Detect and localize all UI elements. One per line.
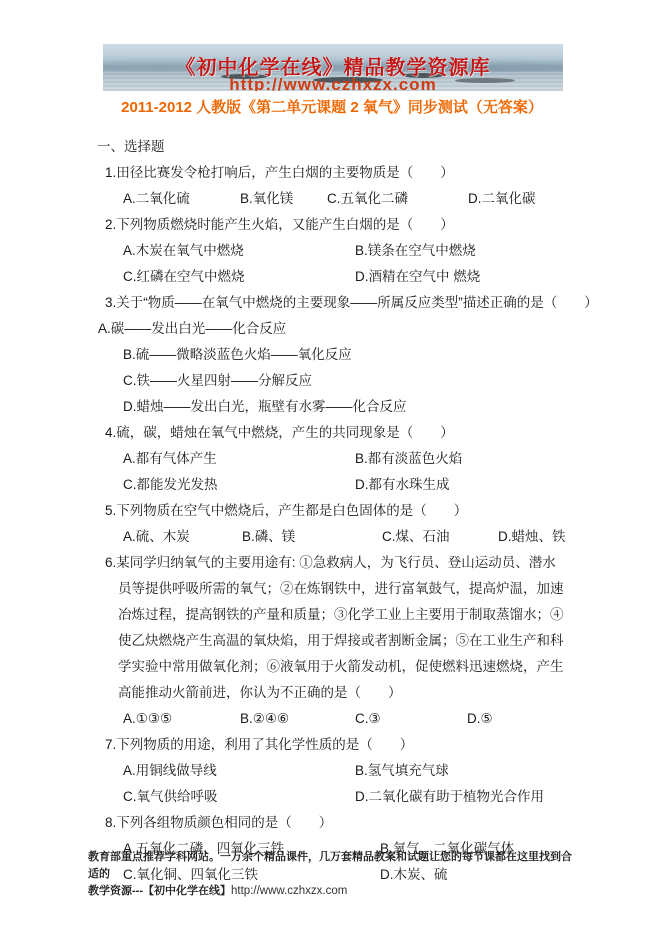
option-3c: C.铁——火星四射——分解反应 <box>97 368 569 394</box>
question-4-stem: 4.硫，碳，蜡烛在氧气中燃烧，产生的共同现象是（ ） <box>97 420 569 446</box>
option-3d: D.蜡烛——发出白光，瓶壁有水雾——化合反应 <box>97 394 569 420</box>
option-4b: B.都有淡蓝色火焰 <box>355 446 569 472</box>
option-2b: B.镁条在空气中燃烧 <box>355 238 569 264</box>
question-1-stem: 1.田径比赛发令枪打响后，产生白烟的主要物质是（ ） <box>97 160 569 186</box>
footer-note: 教育部重点推荐学科网站。一万余个精品课件，几万套精品教案和试题让您的每节课都在这… <box>88 849 576 900</box>
option-3b: B.硫——微略淡蓝色火焰——氧化反应 <box>97 342 569 368</box>
question-7-stem: 7.下列物质的用途，利用了其化学性质的是（ ） <box>97 732 569 758</box>
document-page: 《初中化学在线》精品教学资源库 http://www.czhxzx.com 20… <box>0 0 661 935</box>
question-2-options-row2: C.红磷在空气中燃烧 D.酒精在空气中 燃烧 <box>97 264 569 290</box>
banner-site-url: http://www.czhxzx.com <box>103 75 563 91</box>
option-1b: B.氧化镁 <box>240 186 327 212</box>
option-7c: C.氧气供给呼吸 <box>123 784 355 810</box>
question-1-options: A.二氧化硫 B.氧化镁 C.五氧化二磷 D.二氧化碳 <box>97 186 569 212</box>
option-4c: C.都能发光发热 <box>123 472 355 498</box>
site-banner-image: 《初中化学在线》精品教学资源库 http://www.czhxzx.com <box>103 44 563 91</box>
option-5d: D.蜡烛、铁 <box>498 524 569 550</box>
option-1d: D.二氧化碳 <box>468 186 569 212</box>
option-4a: A.都有气体产生 <box>123 446 355 472</box>
footer-line1: 教育部重点推荐学科网站。一万余个精品课件，几万套精品教案和试题让您的每节课都在这… <box>88 851 572 880</box>
footer-line2-text: 教学资源---【初中化学在线】 <box>88 885 231 897</box>
question-4-options-row1: A.都有气体产生 B.都有淡蓝色火焰 <box>97 446 569 472</box>
question-7-options-row1: A.用铜线做导线 B.氢气填充气球 <box>97 758 569 784</box>
option-1a: A.二氧化硫 <box>123 186 240 212</box>
option-2a: A.木炭在氧气中燃烧 <box>123 238 355 264</box>
question-4-options-row2: C.都能发光发热 D.都有水珠生成 <box>97 472 569 498</box>
question-5-options: A.硫、木炭 B.磷、镁 C.煤、石油 D.蜡烛、铁 <box>97 524 569 550</box>
question-8-stem: 8.下列各组物质颜色相同的是（ ） <box>97 810 569 836</box>
option-7a: A.用铜线做导线 <box>123 758 355 784</box>
option-5c: C.煤、石油 <box>382 524 498 550</box>
question-2-stem: 2.下列物质燃烧时能产生火焰，又能产生白烟的是（ ） <box>97 212 569 238</box>
option-5a: A.硫、木炭 <box>123 524 242 550</box>
option-5b: B.磷、镁 <box>242 524 382 550</box>
question-5-stem: 5.下列物质在空气中燃烧后，产生都是白色固体的是（ ） <box>97 498 569 524</box>
option-4d: D.都有水珠生成 <box>355 472 569 498</box>
document-body: 一、选择题 1.田径比赛发令枪打响后，产生白烟的主要物质是（ ） A.二氧化硫 … <box>97 134 569 888</box>
question-7-options-row2: C.氧气供给呼吸 D.二氧化碳有助于植物光合作用 <box>97 784 569 810</box>
question-6-options: A.①③⑤ B.②④⑥ C.③ D.⑤ <box>97 706 569 732</box>
option-7b: B.氢气填充气球 <box>355 758 569 784</box>
footer-site-url: http://www.czhxzx.com <box>231 885 347 897</box>
option-6b: B.②④⑥ <box>240 706 355 732</box>
option-7d: D.二氧化碳有助于植物光合作用 <box>355 784 569 810</box>
question-6-stem: 6.某同学归纳氧气的主要用途有: ①急救病人，为飞行员、登山运动员、潜水员等提供… <box>97 550 569 706</box>
option-2c: C.红磷在空气中燃烧 <box>123 264 355 290</box>
question-3-stem: 3.关于“物质——在氧气中燃烧的主要现象——所属反应类型”描述正确的是（ ） <box>97 290 569 316</box>
option-6a: A.①③⑤ <box>123 706 240 732</box>
option-6c: C.③ <box>355 706 467 732</box>
option-2d: D.酒精在空气中 燃烧 <box>355 264 569 290</box>
question-2-options-row1: A.木炭在氧气中燃烧 B.镁条在空气中燃烧 <box>97 238 569 264</box>
option-1c: C.五氧化二磷 <box>327 186 468 212</box>
option-3a: A.碳——发出白光——化合反应 <box>97 316 569 342</box>
page-title: 2011-2012 人教版《第二单元课题 2 氧气》同步测试（无答案） <box>97 96 567 117</box>
section-heading: 一、选择题 <box>97 134 569 160</box>
option-6d: D.⑤ <box>467 706 569 732</box>
